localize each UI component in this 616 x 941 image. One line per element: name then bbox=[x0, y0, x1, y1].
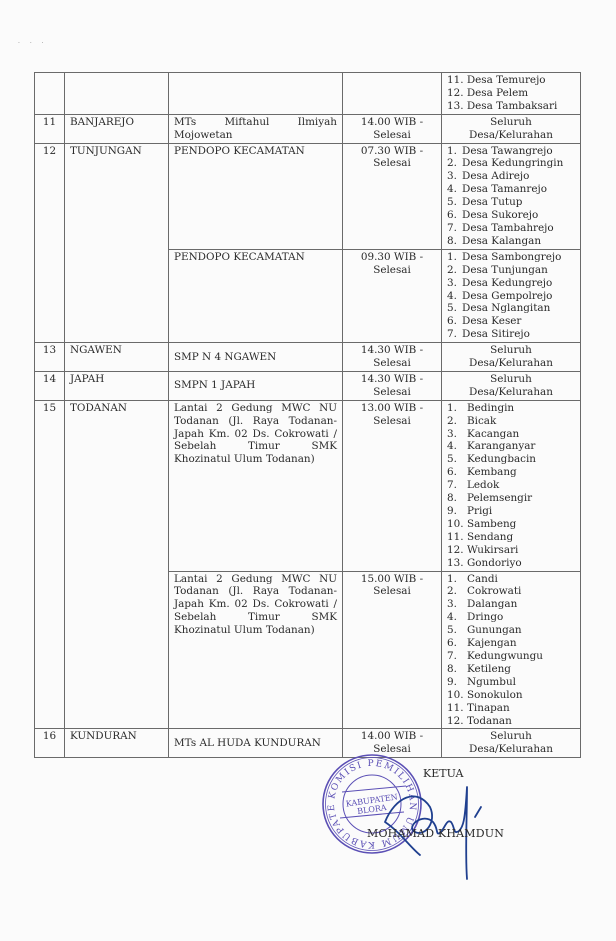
village-number: 1. bbox=[447, 251, 462, 264]
district-name-text: JAPAH bbox=[70, 373, 104, 385]
village-name: Tinapan bbox=[467, 702, 510, 715]
scan-specks: . . . bbox=[18, 38, 48, 45]
village-item: 7.Ledok bbox=[447, 479, 575, 492]
village-name: Desa Kedungringin bbox=[462, 157, 563, 170]
village-item: 5.Gunungan bbox=[447, 624, 575, 637]
schedule-time-text: 09.30 WIB - Selesai bbox=[361, 251, 423, 276]
village-item: 1.Bedingin bbox=[447, 402, 575, 415]
village-name: Desa Sambongrejo bbox=[462, 251, 561, 264]
village-item: 4.Desa Tamanrejo bbox=[447, 183, 575, 196]
village-number: 1. bbox=[447, 573, 467, 586]
venue: Lantai 2 Gedung MWC NU Todanan (Jl. Raya… bbox=[169, 400, 343, 571]
village-number: 5. bbox=[447, 196, 462, 209]
table-row: 15TODANANLantai 2 Gedung MWC NU Todanan … bbox=[35, 400, 581, 571]
village-name: 13. Desa Tambaksari bbox=[447, 100, 557, 113]
village-item: 7.Desa Tambahrejo bbox=[447, 222, 575, 235]
village-name: Dalangan bbox=[467, 598, 517, 611]
district-name-text: TUNJUNGAN bbox=[70, 145, 142, 157]
village-item: 3.Desa Kedungrejo bbox=[447, 277, 575, 290]
village-number: 11. bbox=[447, 531, 467, 544]
village-number: 9. bbox=[447, 676, 467, 689]
village-name: Desa Tunjungan bbox=[462, 264, 548, 277]
table-row: 12TUNJUNGANPENDOPO KECAMATAN07.30 WIB - … bbox=[35, 143, 581, 249]
district-name: JAPAH bbox=[65, 371, 169, 400]
row-number: 15 bbox=[35, 400, 65, 729]
row-number-text: 14 bbox=[43, 373, 56, 385]
village-item: 6.Desa Keser bbox=[447, 315, 575, 328]
schedule-time: 13.00 WIB - Selesai bbox=[343, 400, 442, 571]
venue-text: PENDOPO KECAMATAN bbox=[174, 251, 305, 263]
village-name: Desa Tamanrejo bbox=[462, 183, 547, 196]
venue-text: MTs AL HUDA KUNDURAN bbox=[174, 737, 321, 749]
village-number: 6. bbox=[447, 466, 467, 479]
row-number-text: 16 bbox=[43, 730, 56, 742]
village-item: 3.Desa Adirejo bbox=[447, 170, 575, 183]
village-number: 5. bbox=[447, 302, 462, 315]
village-item: 2.Cokrowati bbox=[447, 585, 575, 598]
village-number: 4. bbox=[447, 183, 462, 196]
village-item: 6.Kajengan bbox=[447, 637, 575, 650]
schedule-time-text: 07.30 WIB - Selesai bbox=[361, 145, 423, 170]
village-name: Ngumbul bbox=[467, 676, 516, 689]
village-item: 1.Desa Tawangrejo bbox=[447, 145, 575, 158]
table-row: 11BANJAREJOMTs Miftahul Ilmiyah Mojoweta… bbox=[35, 114, 581, 143]
village-item: 8.Ketileng bbox=[447, 663, 575, 676]
village-number: 9. bbox=[447, 505, 467, 518]
village-name: Bedingin bbox=[467, 402, 514, 415]
village-coverage: Seluruh Desa/Kelurahan bbox=[442, 371, 581, 400]
village-list-cell: 1.Bedingin2.Bicak3.Kacangan4.Karanganyar… bbox=[442, 400, 581, 571]
village-number: 13. bbox=[447, 557, 467, 570]
row-number: 11 bbox=[35, 114, 65, 143]
village-item: 9.Ngumbul bbox=[447, 676, 575, 689]
village-name: Sambeng bbox=[467, 518, 516, 531]
village-list: 1.Candi2.Cokrowati3.Dalangan4.Dringo5.Gu… bbox=[447, 573, 575, 728]
village-name: Candi bbox=[467, 573, 498, 586]
village-number: 7. bbox=[447, 222, 462, 235]
village-item: 1.Candi bbox=[447, 573, 575, 586]
village-name: Sendang bbox=[467, 531, 513, 544]
village-name: Kembang bbox=[467, 466, 517, 479]
village-name: Desa Tutup bbox=[462, 196, 522, 209]
village-list: 1.Desa Sambongrejo2.Desa Tunjungan3.Desa… bbox=[447, 251, 575, 341]
district-name-text: TODANAN bbox=[70, 402, 127, 414]
village-item: 2.Desa Kedungringin bbox=[447, 157, 575, 170]
village-name: Pelemsengir bbox=[467, 492, 532, 505]
village-number: 5. bbox=[447, 453, 467, 466]
village-name: Prigi bbox=[467, 505, 492, 518]
schedule-time: 14.30 WIB - Selesai bbox=[343, 343, 442, 372]
venue-text: PENDOPO KECAMATAN bbox=[174, 145, 305, 157]
village-item: 11.Tinapan bbox=[447, 702, 575, 715]
village-item: 13. Desa Tambaksari bbox=[447, 100, 575, 113]
village-item: 6.Kembang bbox=[447, 466, 575, 479]
village-name: Sonokulon bbox=[467, 689, 523, 702]
village-item: 11. Desa Temurejo bbox=[447, 74, 575, 87]
village-item: 12.Todanan bbox=[447, 715, 575, 728]
district-name: BANJAREJO bbox=[65, 114, 169, 143]
venue: MTs Miftahul Ilmiyah Mojowetan bbox=[169, 114, 343, 143]
venue: Lantai 2 Gedung MWC NU Todanan (Jl. Raya… bbox=[169, 571, 343, 729]
village-number: 2. bbox=[447, 585, 467, 598]
row-number: 12 bbox=[35, 143, 65, 343]
village-item: 3.Dalangan bbox=[447, 598, 575, 611]
venue-text: Lantai 2 Gedung MWC NU Todanan (Jl. Raya… bbox=[174, 402, 337, 466]
village-name: Desa Sitirejo bbox=[462, 328, 530, 341]
district-name bbox=[65, 73, 169, 115]
village-number: 4. bbox=[447, 440, 467, 453]
village-number: 4. bbox=[447, 290, 462, 303]
schedule-time-text: 15.00 WIB - Selesai bbox=[361, 573, 423, 598]
village-item: 7.Desa Sitirejo bbox=[447, 328, 575, 341]
village-number: 7. bbox=[447, 479, 467, 492]
village-item: 4.Dringo bbox=[447, 611, 575, 624]
village-number: 1. bbox=[447, 402, 467, 415]
row-number: 14 bbox=[35, 371, 65, 400]
village-list: 1.Desa Tawangrejo2.Desa Kedungringin3.De… bbox=[447, 145, 575, 248]
village-item: 1.Desa Sambongrejo bbox=[447, 251, 575, 264]
village-list-cell: 1.Desa Tawangrejo2.Desa Kedungringin3.De… bbox=[442, 143, 581, 249]
village-name: Gondoriyo bbox=[467, 557, 522, 570]
village-number: 11. bbox=[447, 702, 467, 715]
village-name: Karanganyar bbox=[467, 440, 535, 453]
schedule-time bbox=[343, 73, 442, 115]
village-coverage-text: Seluruh Desa/Kelurahan bbox=[469, 373, 553, 398]
village-item: 12. Desa Pelem bbox=[447, 87, 575, 100]
village-item: 9.Prigi bbox=[447, 505, 575, 518]
district-name-text: KUNDURAN bbox=[70, 730, 137, 742]
village-item: 11.Sendang bbox=[447, 531, 575, 544]
village-number: 2. bbox=[447, 415, 467, 428]
village-name: Gunungan bbox=[467, 624, 522, 637]
village-name: Wukirsari bbox=[467, 544, 518, 557]
village-number: 12. bbox=[447, 544, 467, 557]
district-name: KUNDURAN bbox=[65, 729, 169, 758]
village-name: Kedungwungu bbox=[467, 650, 543, 663]
village-number: 8. bbox=[447, 235, 462, 248]
village-number: 6. bbox=[447, 209, 462, 222]
schedule-time: 14.00 WIB - Selesai bbox=[343, 114, 442, 143]
village-coverage-text: Seluruh Desa/Kelurahan bbox=[469, 116, 553, 141]
village-name: Desa Gempolrejo bbox=[462, 290, 552, 303]
village-item: 10.Sambeng bbox=[447, 518, 575, 531]
village-item: 8.Pelemsengir bbox=[447, 492, 575, 505]
village-number: 8. bbox=[447, 663, 467, 676]
village-item: 4.Karanganyar bbox=[447, 440, 575, 453]
village-number: 4. bbox=[447, 611, 467, 624]
village-number: 3. bbox=[447, 428, 467, 441]
schedule-time-text: 13.00 WIB - Selesai bbox=[361, 402, 423, 427]
row-number bbox=[35, 73, 65, 115]
village-name: Ketileng bbox=[467, 663, 511, 676]
village-name: Desa Adirejo bbox=[462, 170, 529, 183]
schedule-time: 09.30 WIB - Selesai bbox=[343, 249, 442, 342]
village-number: 6. bbox=[447, 637, 467, 650]
village-number: 2. bbox=[447, 264, 462, 277]
signatory-name: MOHAMAD KHAMDUN bbox=[367, 827, 504, 840]
venue-text: MTs Miftahul Ilmiyah Mojowetan bbox=[174, 116, 337, 141]
venue: PENDOPO KECAMATAN bbox=[169, 249, 343, 342]
village-number: 12. bbox=[447, 715, 467, 728]
village-name: Desa Kedungrejo bbox=[462, 277, 552, 290]
village-name: Desa Kalangan bbox=[462, 235, 541, 248]
village-item: 5.Desa Tutup bbox=[447, 196, 575, 209]
village-number: 7. bbox=[447, 650, 467, 663]
village-name: Desa Keser bbox=[462, 315, 521, 328]
district-name: TODANAN bbox=[65, 400, 169, 729]
district-name-text: NGAWEN bbox=[70, 344, 122, 356]
village-number: 8. bbox=[447, 492, 467, 505]
village-number: 7. bbox=[447, 328, 462, 341]
village-item: 5.Desa Nglangitan bbox=[447, 302, 575, 315]
venue: SMPN 1 JAPAH bbox=[169, 371, 343, 400]
district-name-text: BANJAREJO bbox=[70, 116, 134, 128]
schedule-time-text: 14.00 WIB - Selesai bbox=[361, 116, 423, 141]
schedule-time: 15.00 WIB - Selesai bbox=[343, 571, 442, 729]
village-item: 7.Kedungwungu bbox=[447, 650, 575, 663]
venue: PENDOPO KECAMATAN bbox=[169, 143, 343, 249]
village-number: 3. bbox=[447, 170, 462, 183]
village-name: Desa Sukorejo bbox=[462, 209, 538, 222]
village-list: 1.Bedingin2.Bicak3.Kacangan4.Karanganyar… bbox=[447, 402, 575, 570]
village-number: 10. bbox=[447, 518, 467, 531]
village-item: 2.Bicak bbox=[447, 415, 575, 428]
village-item: 12.Wukirsari bbox=[447, 544, 575, 557]
row-number-text: 12 bbox=[43, 145, 56, 157]
table-row: 13NGAWENSMP N 4 NGAWEN14.30 WIB - Selesa… bbox=[35, 343, 581, 372]
village-number: 10. bbox=[447, 689, 467, 702]
village-name: Kedungbacin bbox=[467, 453, 536, 466]
venue: SMP N 4 NGAWEN bbox=[169, 343, 343, 372]
row-number-text: 11 bbox=[43, 116, 56, 128]
schedule-table: 11. Desa Temurejo12. Desa Pelem13. Desa … bbox=[34, 72, 581, 758]
row-number: 13 bbox=[35, 343, 65, 372]
district-name: TUNJUNGAN bbox=[65, 143, 169, 343]
village-name: Ledok bbox=[467, 479, 499, 492]
village-item: 10.Sonokulon bbox=[447, 689, 575, 702]
village-coverage-text: Seluruh Desa/Kelurahan bbox=[469, 344, 553, 369]
village-name: Desa Nglangitan bbox=[462, 302, 550, 315]
village-item: 6.Desa Sukorejo bbox=[447, 209, 575, 222]
village-item: 5.Kedungbacin bbox=[447, 453, 575, 466]
village-item: 3.Kacangan bbox=[447, 428, 575, 441]
village-number: 6. bbox=[447, 315, 462, 328]
venue bbox=[169, 73, 343, 115]
village-item: 13.Gondoriyo bbox=[447, 557, 575, 570]
village-item: 2.Desa Tunjungan bbox=[447, 264, 575, 277]
village-coverage: Seluruh Desa/Kelurahan bbox=[442, 343, 581, 372]
table-row: 14JAPAHSMPN 1 JAPAH14.30 WIB - SelesaiSe… bbox=[35, 371, 581, 400]
village-list: 11. Desa Temurejo12. Desa Pelem13. Desa … bbox=[447, 74, 575, 113]
village-name: 11. Desa Temurejo bbox=[447, 74, 546, 87]
village-name: Desa Tawangrejo bbox=[462, 145, 553, 158]
village-name: Bicak bbox=[467, 415, 496, 428]
district-name: NGAWEN bbox=[65, 343, 169, 372]
village-coverage: Seluruh Desa/Kelurahan bbox=[442, 114, 581, 143]
village-name: Dringo bbox=[467, 611, 503, 624]
village-list-cell: 1.Desa Sambongrejo2.Desa Tunjungan3.Desa… bbox=[442, 249, 581, 342]
village-number: 3. bbox=[447, 277, 462, 290]
village-number: 2. bbox=[447, 157, 462, 170]
village-name: Kacangan bbox=[467, 428, 519, 441]
village-list-cell: 11. Desa Temurejo12. Desa Pelem13. Desa … bbox=[442, 73, 581, 115]
village-name: Cokrowati bbox=[467, 585, 521, 598]
schedule-time: 07.30 WIB - Selesai bbox=[343, 143, 442, 249]
signature-block: KOMISI PEMILIHAN UMUM KABUPATEN KABUPATE… bbox=[320, 752, 600, 872]
schedule-time-text: 14.30 WIB - Selesai bbox=[361, 373, 423, 398]
village-number: 3. bbox=[447, 598, 467, 611]
venue-text: Lantai 2 Gedung MWC NU Todanan (Jl. Raya… bbox=[174, 573, 337, 637]
village-number: 5. bbox=[447, 624, 467, 637]
village-name: Desa Tambahrejo bbox=[462, 222, 554, 235]
village-list-cell: 1.Candi2.Cokrowati3.Dalangan4.Dringo5.Gu… bbox=[442, 571, 581, 729]
table-row: 11. Desa Temurejo12. Desa Pelem13. Desa … bbox=[35, 73, 581, 115]
row-number-text: 15 bbox=[43, 402, 56, 414]
row-number: 16 bbox=[35, 729, 65, 758]
venue: MTs AL HUDA KUNDURAN bbox=[169, 729, 343, 758]
village-item: 4.Desa Gempolrejo bbox=[447, 290, 575, 303]
village-name: Kajengan bbox=[467, 637, 517, 650]
village-item: 8.Desa Kalangan bbox=[447, 235, 575, 248]
village-name: Todanan bbox=[467, 715, 512, 728]
venue-text: SMPN 1 JAPAH bbox=[174, 379, 255, 391]
schedule-time-text: 14.30 WIB - Selesai bbox=[361, 344, 423, 369]
venue-text: SMP N 4 NGAWEN bbox=[174, 351, 276, 363]
row-number-text: 13 bbox=[43, 344, 56, 356]
village-name: 12. Desa Pelem bbox=[447, 87, 528, 100]
village-number: 1. bbox=[447, 145, 462, 158]
schedule-time: 14.30 WIB - Selesai bbox=[343, 371, 442, 400]
